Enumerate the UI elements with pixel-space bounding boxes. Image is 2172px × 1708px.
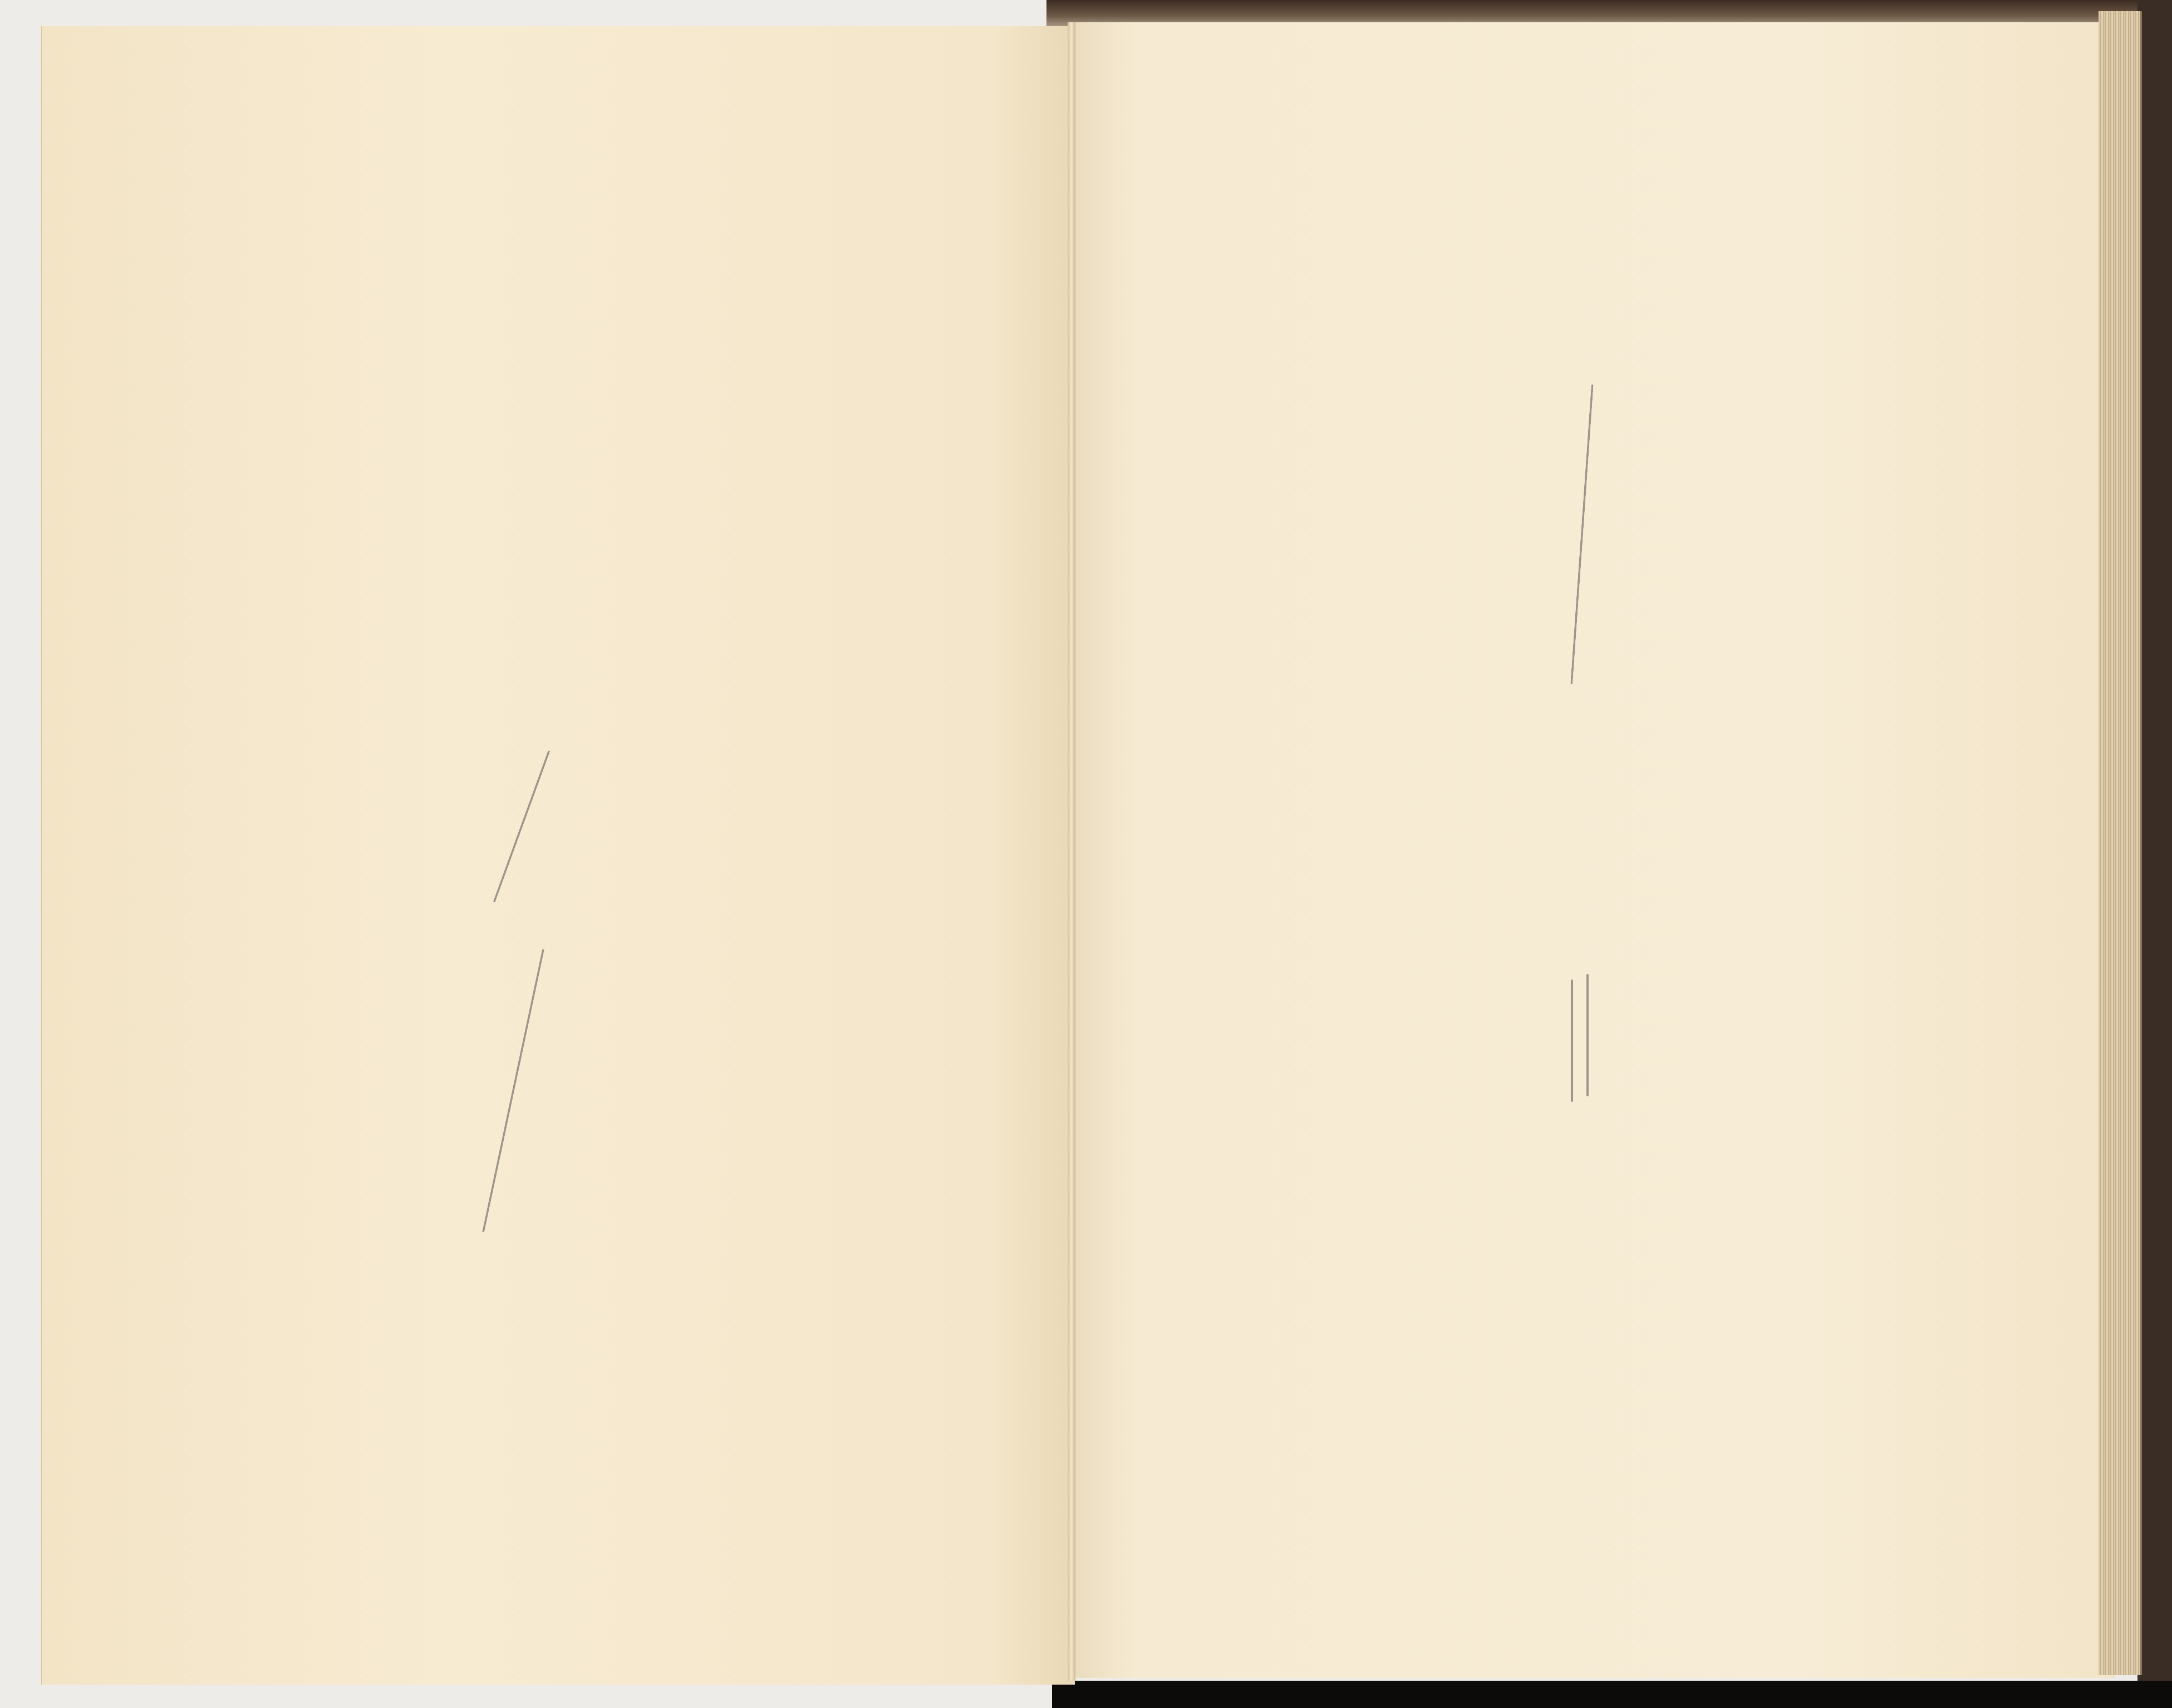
right-page — [1072, 22, 2115, 1678]
pencil-margin-mark — [1586, 974, 1589, 1096]
book-gutter — [1068, 22, 1075, 1681]
book-cover-bottom — [1052, 1681, 2172, 1708]
pencil-margin-mark — [1571, 979, 1573, 1102]
page-fore-edge — [2099, 11, 2142, 1675]
book-cover-right — [2137, 0, 2172, 1708]
left-page — [41, 26, 1075, 1685]
